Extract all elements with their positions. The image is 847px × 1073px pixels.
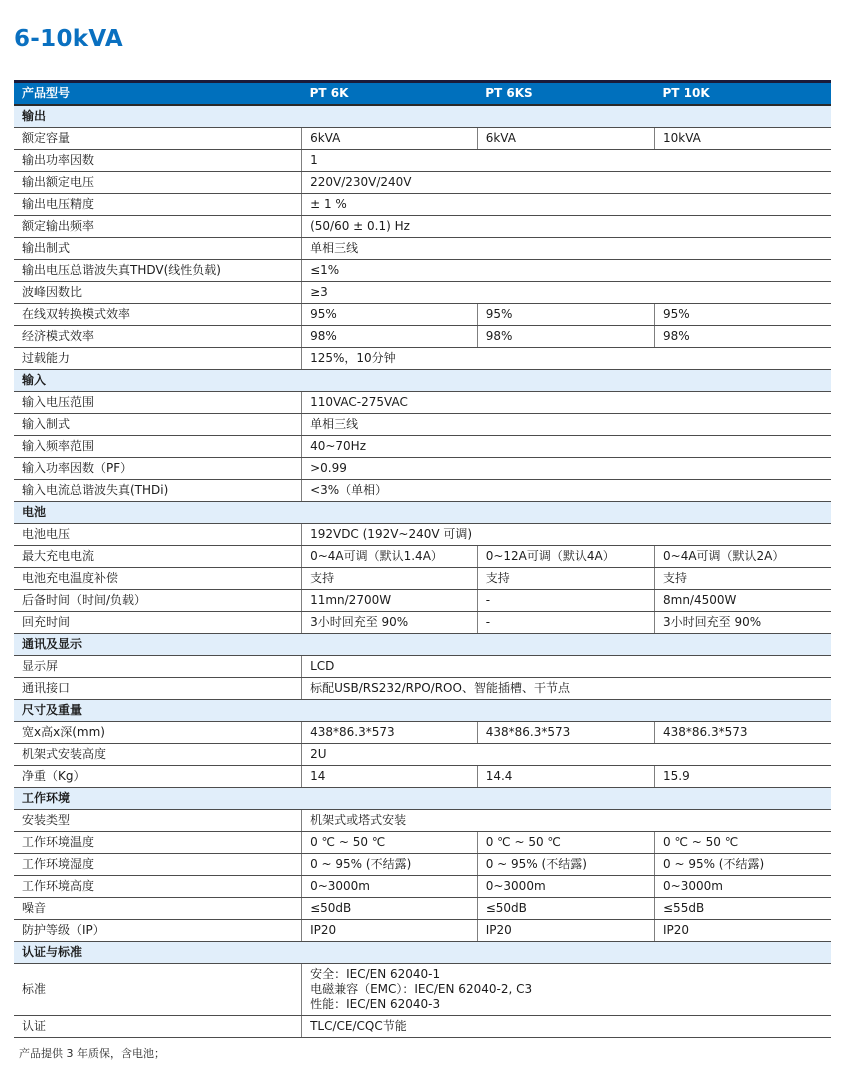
- cell-value: 0~4A可调（默认1.4A）: [302, 546, 478, 568]
- cell-value: 40~70Hz: [302, 436, 831, 458]
- table-row: 电池充电温度补偿支持支持支持: [14, 568, 831, 590]
- cell-value: >0.99: [302, 458, 831, 480]
- table-row: 宽x高x深(mm)438*86.3*573438*86.3*573438*86.…: [14, 722, 831, 744]
- section-title: 通讯及显示: [14, 634, 831, 656]
- cell-value: 110VAC-275VAC: [302, 392, 831, 414]
- cell-value: 125%，10分钟: [302, 348, 831, 370]
- cell-value: 标配USB/RS232/RPO/ROO、智能插槽、干节点: [302, 678, 831, 700]
- table-row: 噪音≤50dB≤50dB≤55dB: [14, 898, 831, 920]
- table-row: 输入频率范围40~70Hz: [14, 436, 831, 458]
- cell-value: 6kVA: [302, 128, 478, 150]
- row-label: 在线双转换模式效率: [14, 304, 302, 326]
- cell-value: 220V/230V/240V: [302, 172, 831, 194]
- cell-value: TLC/CE/CQC节能: [302, 1016, 831, 1038]
- row-label: 输入频率范围: [14, 436, 302, 458]
- row-label: 额定输出频率: [14, 216, 302, 238]
- cell-value: 1: [302, 150, 831, 172]
- cell-value: <3%（单相）: [302, 480, 831, 502]
- cell-value: 98%: [655, 326, 832, 348]
- row-label: 标准: [14, 964, 302, 1016]
- cell-value: 0 ℃ ~ 50 ℃: [477, 832, 654, 854]
- cell-value: ≤50dB: [302, 898, 478, 920]
- table-row: 输入制式单相三线: [14, 414, 831, 436]
- cell-value: 95%: [655, 304, 832, 326]
- row-label: 输出电压总谐波失真THDV(线性负载): [14, 260, 302, 282]
- cell-value: 438*86.3*573: [655, 722, 832, 744]
- cell-value: ≤1%: [302, 260, 831, 282]
- cell-value: 0~12A可调（默认4A）: [477, 546, 654, 568]
- cell-value: 3小时回充至 90%: [302, 612, 478, 634]
- table-row: 输出功率因数1: [14, 150, 831, 172]
- section-title: 尺寸及重量: [14, 700, 831, 722]
- cell-value: 14: [302, 766, 478, 788]
- section-title: 电池: [14, 502, 831, 524]
- section-title: 工作环境: [14, 788, 831, 810]
- cell-value: 2U: [302, 744, 831, 766]
- row-label: 经济模式效率: [14, 326, 302, 348]
- table-row: 显示屏LCD: [14, 656, 831, 678]
- cell-value: ≤50dB: [477, 898, 654, 920]
- table-row: 防护等级（IP）IP20IP20IP20: [14, 920, 831, 942]
- row-label: 防护等级（IP）: [14, 920, 302, 942]
- cell-value: 0~4A可调（默认2A）: [655, 546, 832, 568]
- cell-value: 15.9: [655, 766, 832, 788]
- row-label: 输出功率因数: [14, 150, 302, 172]
- row-label: 认证: [14, 1016, 302, 1038]
- cell-value: 95%: [477, 304, 654, 326]
- row-label: 额定容量: [14, 128, 302, 150]
- cell-value: 14.4: [477, 766, 654, 788]
- cell-value: 0 ℃ ~ 50 ℃: [302, 832, 478, 854]
- row-label: 安装类型: [14, 810, 302, 832]
- section-title: 输入: [14, 370, 831, 392]
- row-label: 工作环境高度: [14, 876, 302, 898]
- cell-value: ≥3: [302, 282, 831, 304]
- table-row: 额定输出频率(50/60 ± 0.1) Hz: [14, 216, 831, 238]
- table-row: 安装类型机架式或塔式安装: [14, 810, 831, 832]
- row-label: 噪音: [14, 898, 302, 920]
- row-label: 宽x高x深(mm): [14, 722, 302, 744]
- warranty-note: 产品提供 3 年质保，含电池；: [14, 1045, 831, 1061]
- cell-value: ± 1 %: [302, 194, 831, 216]
- row-label: 后备时间（时间/负载）: [14, 590, 302, 612]
- cell-value: 3小时回充至 90%: [655, 612, 832, 634]
- table-row: 后备时间（时间/负载）11mn/2700W-8mn/4500W: [14, 590, 831, 612]
- table-row: 过载能力125%，10分钟: [14, 348, 831, 370]
- section-title: 认证与标准: [14, 942, 831, 964]
- row-label: 输出制式: [14, 238, 302, 260]
- table-row: 在线双转换模式效率95%95%95%: [14, 304, 831, 326]
- cell-value: 单相三线: [302, 238, 831, 260]
- section-header-row: 工作环境: [14, 788, 831, 810]
- table-row: 工作环境温度0 ℃ ~ 50 ℃0 ℃ ~ 50 ℃0 ℃ ~ 50 ℃: [14, 832, 831, 854]
- row-label: 输入制式: [14, 414, 302, 436]
- cell-value: 0 ~ 95% (不结露): [302, 854, 478, 876]
- row-label: 机架式安装高度: [14, 744, 302, 766]
- table-row: 工作环境高度0~3000m0~3000m0~3000m: [14, 876, 831, 898]
- table-row: 认证TLC/CE/CQC节能: [14, 1016, 831, 1038]
- cell-value: 438*86.3*573: [477, 722, 654, 744]
- cell-value: 0~3000m: [477, 876, 654, 898]
- cell-value: 438*86.3*573: [302, 722, 478, 744]
- cell-value: 支持: [477, 568, 654, 590]
- row-label: 净重（Kg）: [14, 766, 302, 788]
- cell-value: 安全：IEC/EN 62040-1 电磁兼容（EMC）：IEC/EN 62040…: [302, 964, 831, 1016]
- section-title: 输出: [14, 105, 831, 128]
- row-label: 工作环境温度: [14, 832, 302, 854]
- cell-value: 0 ~ 95% (不结露): [655, 854, 832, 876]
- table-row: 输出额定电压220V/230V/240V: [14, 172, 831, 194]
- cell-value: 机架式或塔式安装: [302, 810, 831, 832]
- cell-value: -: [477, 590, 654, 612]
- table-row: 通讯接口标配USB/RS232/RPO/ROO、智能插槽、干节点: [14, 678, 831, 700]
- table-row: 波峰因数比≥3: [14, 282, 831, 304]
- cell-value: 8mn/4500W: [655, 590, 832, 612]
- spec-table: 产品型号PT 6KPT 6KSPT 10K输出额定容量6kVA6kVA10kVA…: [14, 80, 831, 1038]
- row-label: 波峰因数比: [14, 282, 302, 304]
- section-header-row: 通讯及显示: [14, 634, 831, 656]
- row-label: 过载能力: [14, 348, 302, 370]
- cell-value: 6kVA: [477, 128, 654, 150]
- cell-value: ≤55dB: [655, 898, 832, 920]
- cell-value: 单相三线: [302, 414, 831, 436]
- cell-value: 0~3000m: [302, 876, 478, 898]
- product-model-column-header: 产品型号: [14, 82, 302, 106]
- section-header-row: 认证与标准: [14, 942, 831, 964]
- cell-value: LCD: [302, 656, 831, 678]
- model-column-header: PT 6K: [302, 82, 478, 106]
- cell-value: 0 ~ 95% (不结露): [477, 854, 654, 876]
- table-row: 输入电流总谐波失真(THDi)<3%（单相）: [14, 480, 831, 502]
- row-label: 电池电压: [14, 524, 302, 546]
- row-label: 输出额定电压: [14, 172, 302, 194]
- table-row: 电池电压192VDC (192V~240V 可调): [14, 524, 831, 546]
- cell-value: 0 ℃ ~ 50 ℃: [655, 832, 832, 854]
- row-label: 最大充电电流: [14, 546, 302, 568]
- table-row: 额定容量6kVA6kVA10kVA: [14, 128, 831, 150]
- cell-value: 10kVA: [655, 128, 832, 150]
- page-title: 6-10kVA: [14, 26, 831, 52]
- section-header-row: 输入: [14, 370, 831, 392]
- row-label: 电池充电温度补偿: [14, 568, 302, 590]
- row-label: 回充时间: [14, 612, 302, 634]
- row-label: 输入电压范围: [14, 392, 302, 414]
- cell-value: 11mn/2700W: [302, 590, 478, 612]
- cell-value: 0~3000m: [655, 876, 832, 898]
- section-header-row: 输出: [14, 105, 831, 128]
- table-row: 输出电压精度± 1 %: [14, 194, 831, 216]
- cell-value: (50/60 ± 0.1) Hz: [302, 216, 831, 238]
- row-label: 输入功率因数（PF）: [14, 458, 302, 480]
- row-label: 输出电压精度: [14, 194, 302, 216]
- spec-sheet-page: 6-10kVA 产品型号PT 6KPT 6KSPT 10K输出额定容量6kVA6…: [0, 0, 847, 1073]
- section-header-row: 尺寸及重量: [14, 700, 831, 722]
- table-row: 输入功率因数（PF）>0.99: [14, 458, 831, 480]
- table-row: 最大充电电流0~4A可调（默认1.4A）0~12A可调（默认4A）0~4A可调（…: [14, 546, 831, 568]
- row-label: 输入电流总谐波失真(THDi): [14, 480, 302, 502]
- cell-value: 98%: [302, 326, 478, 348]
- table-row: 输出制式单相三线: [14, 238, 831, 260]
- cell-value: 95%: [302, 304, 478, 326]
- cell-value: IP20: [477, 920, 654, 942]
- cell-value: -: [477, 612, 654, 634]
- row-label: 工作环境湿度: [14, 854, 302, 876]
- model-column-header: PT 6KS: [477, 82, 654, 106]
- table-row: 工作环境湿度0 ~ 95% (不结露)0 ~ 95% (不结露)0 ~ 95% …: [14, 854, 831, 876]
- model-column-header: PT 10K: [655, 82, 832, 106]
- row-label: 通讯接口: [14, 678, 302, 700]
- cell-value: IP20: [302, 920, 478, 942]
- table-row: 回充时间3小时回充至 90%-3小时回充至 90%: [14, 612, 831, 634]
- table-row: 经济模式效率98%98%98%: [14, 326, 831, 348]
- cell-value: 支持: [655, 568, 832, 590]
- table-row: 标准安全：IEC/EN 62040-1 电磁兼容（EMC）：IEC/EN 620…: [14, 964, 831, 1016]
- table-row: 净重（Kg）1414.415.9: [14, 766, 831, 788]
- cell-value: IP20: [655, 920, 832, 942]
- cell-value: 98%: [477, 326, 654, 348]
- cell-value: 192VDC (192V~240V 可调): [302, 524, 831, 546]
- table-row: 输入电压范围110VAC-275VAC: [14, 392, 831, 414]
- table-row: 机架式安装高度2U: [14, 744, 831, 766]
- row-label: 显示屏: [14, 656, 302, 678]
- table-header-row: 产品型号PT 6KPT 6KSPT 10K: [14, 82, 831, 106]
- section-header-row: 电池: [14, 502, 831, 524]
- cell-value: 支持: [302, 568, 478, 590]
- table-row: 输出电压总谐波失真THDV(线性负载)≤1%: [14, 260, 831, 282]
